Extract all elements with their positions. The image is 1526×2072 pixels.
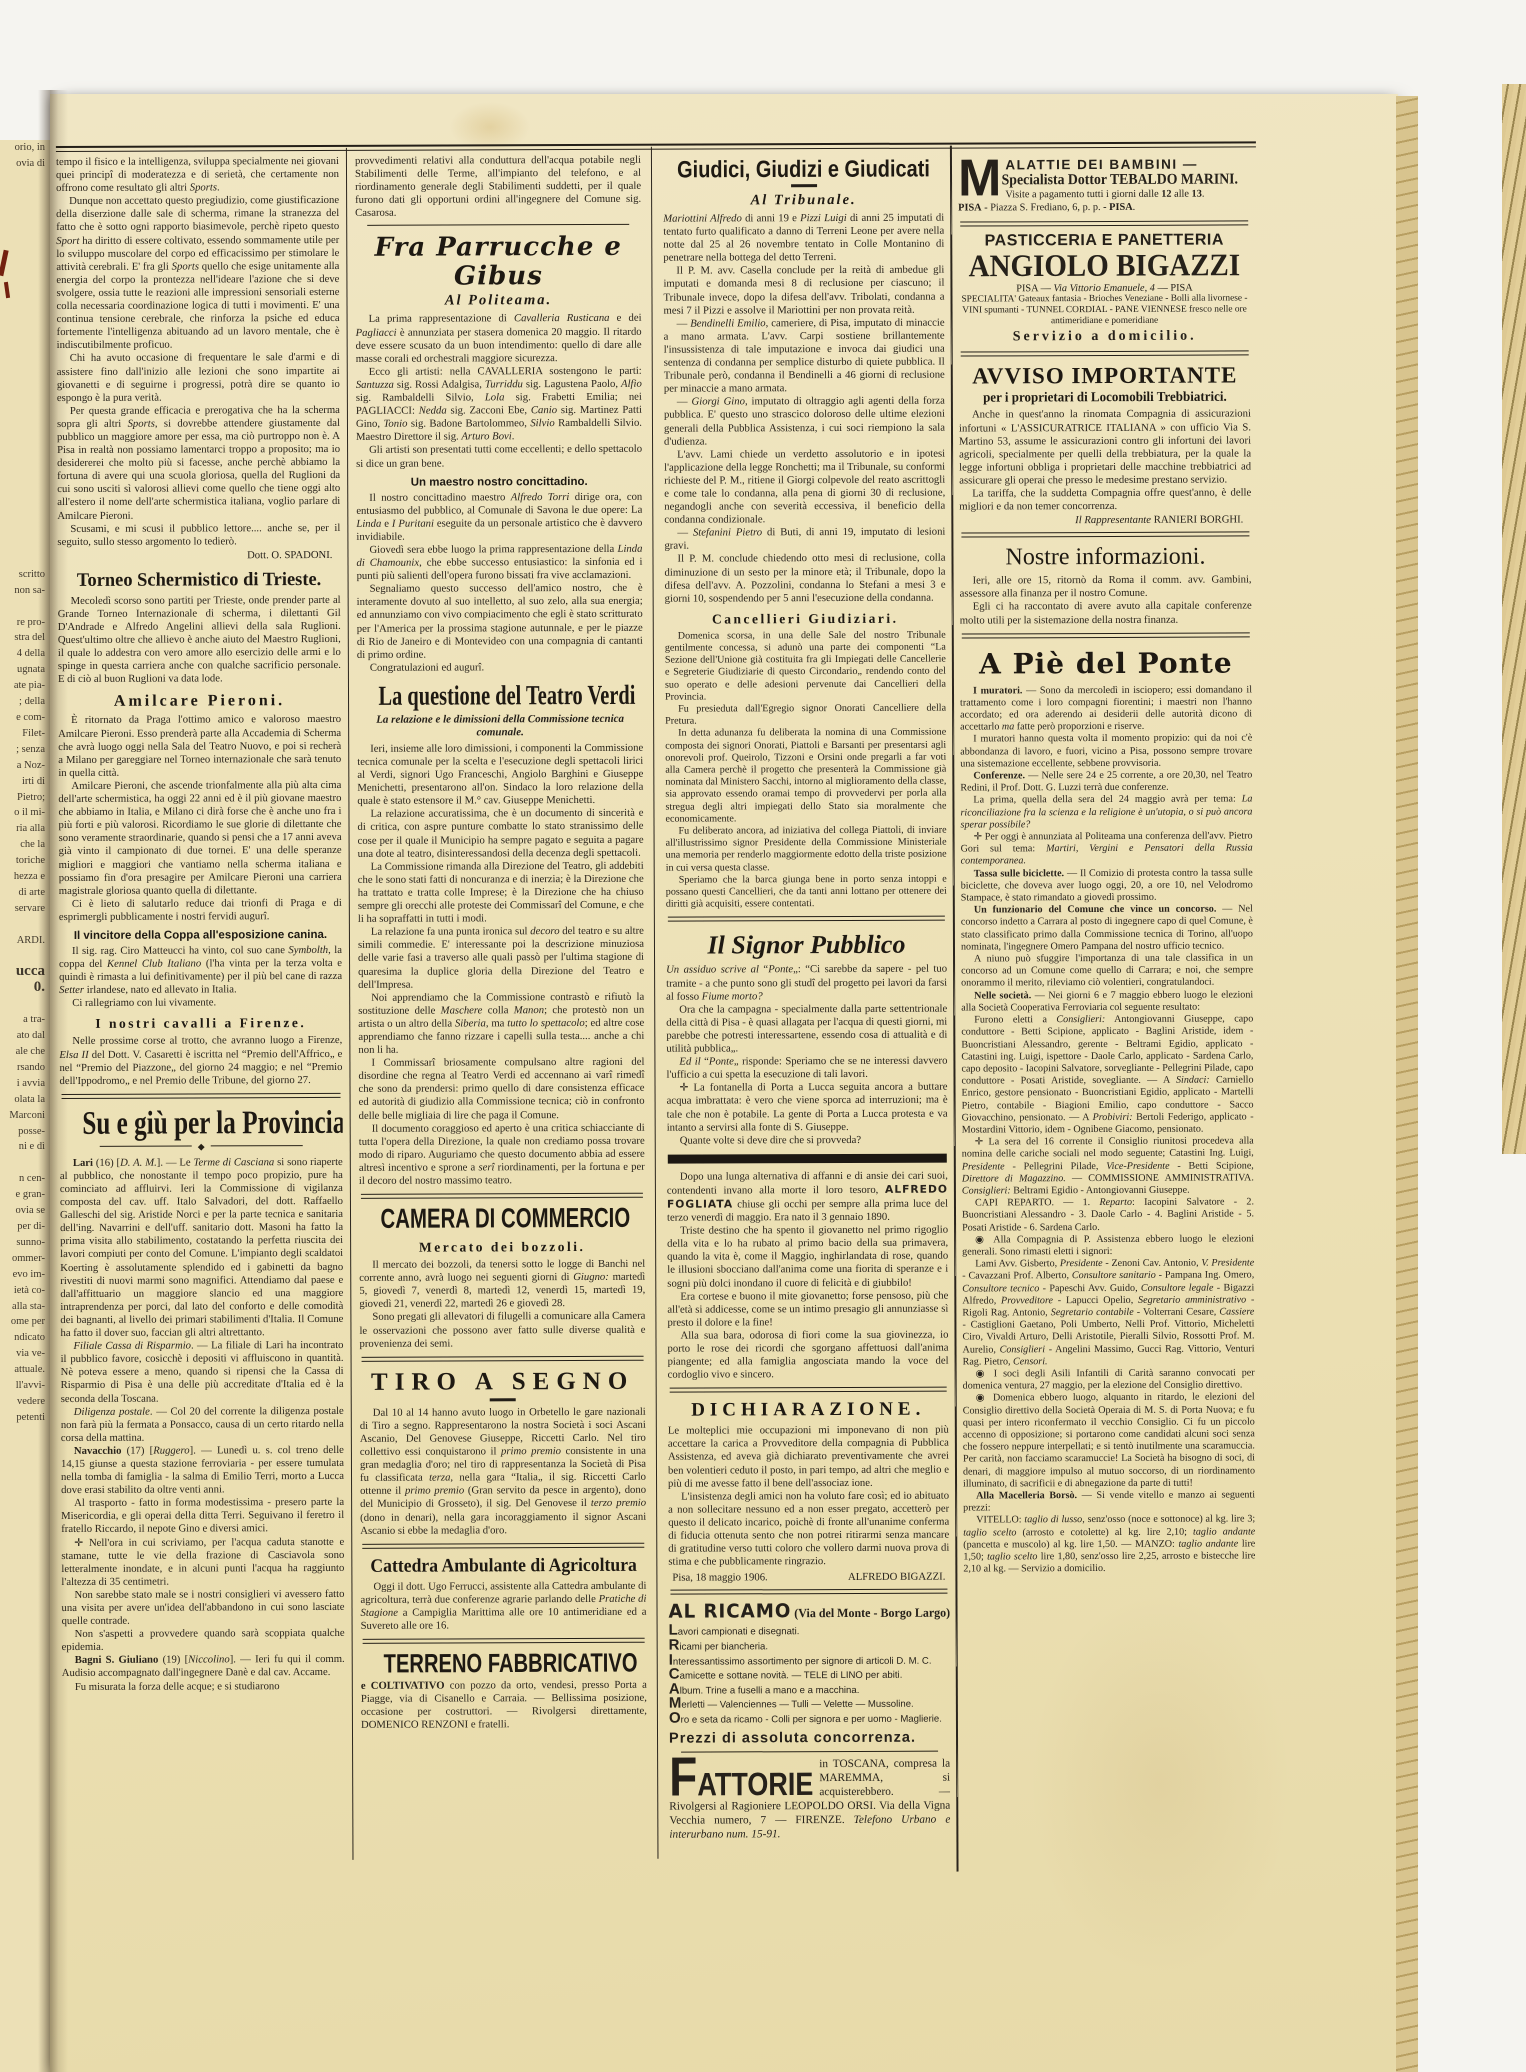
- paragraph: Il P. M. avv. Casella conclude per la re…: [663, 264, 944, 317]
- paragraph: Gli artisti son presentati tutti come ec…: [356, 443, 642, 470]
- ad-fattorie: FATTORIEin TOSCANA, compresa la MAREMMA,…: [669, 1757, 950, 1842]
- paragraph: Ieri, alle ore 15, ritornò da Roma il co…: [960, 574, 1252, 601]
- headline: AVVISO IMPORTANTE: [959, 363, 1251, 390]
- paragraph: Filiale Cassa di Risparmio. — La filiale…: [60, 1339, 343, 1406]
- rule: [681, 1751, 938, 1753]
- headline: Su e giù per la Provincia: [82, 1104, 320, 1142]
- mourning-bar: [668, 1153, 947, 1163]
- paragraph: Le molteplici mie occupazioni mi imponev…: [668, 1424, 949, 1491]
- paragraph: La prima rappresentazione di Cavalleria …: [356, 312, 642, 365]
- column-rule: [950, 146, 959, 1872]
- adjacent-pages-edge: [1502, 84, 1526, 1154]
- paragraph: — Stefanini Pietro di Buti, di anni 19, …: [664, 526, 945, 553]
- headline: CAMERA DI COMMERCIO: [380, 1203, 623, 1236]
- paragraph: Furono eletti a Consiglieri: Antongiovan…: [961, 1014, 1253, 1137]
- paragraph: ◉ I soci degli Asili Infantili di Carità…: [963, 1367, 1255, 1393]
- paragraph: Era cortese e buono il mite giovanetto; …: [667, 1289, 948, 1329]
- page-content: tempo il fisico e la intelligenza, svilu…: [43, 89, 1399, 2072]
- paragraph: Sono pregati gli allevatori di filugelli…: [359, 1310, 645, 1350]
- paragraph: ◉ Alla Compagnia di P. Assistenza ebbero…: [962, 1233, 1254, 1259]
- ad-line: Interessantissimo assortimento per signo…: [669, 1653, 950, 1669]
- paragraph: Egli ci ha raccontato di avere avuto all…: [960, 600, 1252, 627]
- paragraph: Il nostro concittadino maestro Alfredo T…: [356, 490, 642, 543]
- paragraph: e COLTIVATIVO con pozzo da orto, vendesi…: [361, 1679, 647, 1732]
- paragraph: I Commissarî briosamente compulsano altr…: [358, 1056, 644, 1123]
- paragraph: tempo il fisico e la intelligenza, svilu…: [56, 155, 339, 195]
- paragraph: A niuno può sfuggire l'importanza di una…: [961, 953, 1253, 991]
- paragraph: Giovedì sera ebbe luogo la prima rappres…: [356, 543, 642, 583]
- paragraph: Un assiduo scrive al “Ponte„: “Ci sarebb…: [666, 963, 947, 1003]
- signature: Il Rappresentante RANIERI BORGHI.: [959, 514, 1251, 527]
- headline: A Piè del Ponte: [960, 646, 1252, 680]
- ad-line: PASTICCERIA E PANETTERIA: [958, 231, 1250, 250]
- paragraph: Bagni S. Giuliano (19) [Niccolino]. — Ie…: [62, 1653, 345, 1680]
- headline: Amilcare Pieroni.: [58, 692, 341, 711]
- ad-pasticceria-bigazzi: PASTICCERIA E PANETTERIAANGIOLO BIGAZZIP…: [958, 231, 1250, 346]
- headline: Il vincitore della Coppa all'esposizione…: [59, 929, 342, 942]
- paragraph: È ritornato da Praga l'ottimo amico e va…: [58, 713, 341, 780]
- paragraph: Mecoledì scorso sono partiti per Trieste…: [58, 594, 341, 687]
- paragraph: Nelle società. — Nei giorni 6 e 7 maggio…: [961, 989, 1253, 1015]
- paragraph: Oggi il dott. Ugo Ferrucci, assistente a…: [360, 1579, 646, 1632]
- paragraph: Triste destino che ha spento il giovanet…: [667, 1224, 948, 1291]
- paragraph: Conferenze. — Nelle sere 24 e 25 corrent…: [960, 769, 1252, 795]
- paragraph: ✛ La sera del 16 corrente il Consiglio r…: [962, 1136, 1254, 1198]
- column-rule: [651, 147, 659, 1859]
- paragraph: Lami Avv. Gisberto, Presidente - Zenoni …: [962, 1258, 1254, 1369]
- paragraph: Fu presieduta dall'Egregio signor Onorat…: [665, 703, 946, 728]
- scanned-newspaper-screenshot: { "edge": { "top_fragments": ["orio, in"…: [0, 0, 1526, 2072]
- paragraph: Al trasporto - fatto in forma modestissi…: [61, 1496, 344, 1536]
- ad-line: PISA - Piazza S. Frediano, 6, p. p. - PI…: [958, 201, 1250, 215]
- paragraph: Domenica scorsa, in una delle Sale del n…: [665, 629, 946, 703]
- paragraph: ✛ Per oggi è annunziata al Politeama una…: [961, 830, 1253, 868]
- headline: Un maestro nostro concittadino.: [356, 475, 642, 488]
- headline: Cancellieri Giudiziari.: [665, 610, 946, 627]
- double-rule: [362, 1542, 644, 1548]
- ad-line: ANGIOLO BIGAZZI: [958, 248, 1250, 285]
- headline: per i proprietari di Locomobili Trebbiat…: [959, 389, 1251, 407]
- double-rule: [361, 1193, 643, 1199]
- paragraph: Dal 10 al 14 hanno avuto luogo in Orbete…: [360, 1406, 647, 1538]
- paragraph: Segnaliamo questo successo dell'amico no…: [357, 582, 643, 662]
- headline: Mercato dei bozzoli.: [359, 1239, 645, 1256]
- ad-word: FATTORIE: [669, 1761, 813, 1801]
- double-rule: [960, 220, 1248, 226]
- paragraph: Fu misurata la forza delle acque; e si s…: [62, 1679, 345, 1693]
- page-curl-edge: [1396, 96, 1418, 2072]
- paragraph: Tassa sulle biciclette. — Il Comizio di …: [961, 867, 1253, 905]
- paragraph: Lari (16) [D. A. M.]. — Le Terme di Casc…: [60, 1156, 344, 1340]
- paragraph: ✛ Nell'ora in cui scriviamo, per l'acqua…: [61, 1535, 344, 1588]
- paragraph: Alla Macelleria Borsò. — Si vende vitell…: [963, 1489, 1255, 1515]
- paragraph: Diligenza postale. — Col 20 del corrente…: [61, 1405, 344, 1445]
- headline: Al Tribunale.: [663, 192, 944, 210]
- paragraph: Speriamo che la barca giunga bene in por…: [666, 873, 947, 911]
- paragraph: ◉ Domenica ebbero luogo, alquanto in rit…: [963, 1392, 1255, 1491]
- paragraph: Ed il “Ponte„ risponde: Speriamo che se …: [666, 1055, 947, 1082]
- column-2: provvedimenti relativi alla conduttura d…: [355, 154, 648, 1867]
- double-rule: [363, 1638, 645, 1644]
- column-rule: [346, 148, 354, 1860]
- ad-line: Specialista Dottor TEBALDO MARINI.: [958, 172, 1227, 190]
- headline: Giudici, Giudizi e Giudicati: [670, 156, 937, 184]
- ad-line: Album. Trine a fuselli a mano e a macchi…: [669, 1682, 950, 1698]
- double-rule: [670, 1589, 947, 1595]
- paragraph: Dunque non accettato questo pregiudizio,…: [56, 194, 340, 352]
- headline: Torneo Schermistico di Trieste.: [62, 568, 337, 592]
- newspaper-page: tempo il fisico e la intelligenza, svilu…: [50, 94, 1398, 2072]
- ad-line: Lavori campionati e disegnati.: [669, 1624, 950, 1640]
- paragraph: Chi ha avuto occasione di frequentare le…: [57, 351, 340, 404]
- top-double-rule: [56, 141, 1256, 152]
- double-rule: [670, 1387, 947, 1393]
- paragraph: Mariottini Alfredo di anni 19 e Pizzi Lu…: [663, 212, 944, 265]
- double-rule: [961, 351, 1249, 357]
- paragraph: ✛ La fontanella di Porta a Lucca seguita…: [667, 1081, 948, 1134]
- paragraph: provvedimenti relativi alla conduttura d…: [355, 154, 641, 221]
- double-rule: [962, 632, 1250, 638]
- paragraph: Noi apprendiamo che la Commissione contr…: [358, 990, 644, 1057]
- ad-line: Servizio a domicilio.: [959, 329, 1251, 346]
- paragraph: Un funzionario del Comune che vince un c…: [961, 904, 1253, 954]
- paragraph: I muratori. — Sono da mercoledì in iscio…: [960, 684, 1252, 734]
- ad-line: Ricami per biancheria.: [669, 1639, 950, 1655]
- ad-line: Prezzi di assoluta concorrenza.: [669, 1730, 950, 1747]
- paragraph: Il documento coraggioso ed aperto è una …: [359, 1121, 645, 1188]
- headline: Il Signor Pubblico: [666, 930, 947, 961]
- short-dash: [791, 184, 817, 187]
- ad-line: SPECIALITA' Gateaux fantasia - Brioches …: [958, 293, 1250, 328]
- short-dash: [490, 1398, 516, 1401]
- signature-row: Pisa, 18 maggio 1906.ALFREDO BIGAZZI.: [668, 1571, 949, 1584]
- ad-line: Oro e seta da ricamo - Colli per signora…: [669, 1711, 950, 1727]
- paragraph: Scusami, e mi scusi il pubblico lettore.…: [57, 522, 340, 549]
- paragraph: Nelle prossime corse al trotto, che avra…: [59, 1034, 342, 1087]
- headline: Nostre informazioni.: [959, 544, 1251, 572]
- ad-line: AL RICAMO (Via del Monte - Borgo Largo): [668, 1600, 938, 1623]
- paragraph: L'avv. Lami chiede un verdetto assolutor…: [664, 447, 945, 527]
- ad-line: Camicette e sottane novità. — TELE di LI…: [669, 1668, 950, 1684]
- paragraph: VITELLO: taglio di lusso, senz'osso (noc…: [963, 1514, 1255, 1576]
- paragraph: — Giorgi Gino, imputato di oltraggio agl…: [664, 395, 945, 448]
- column-4: MALATTIE DEI BAMBINI —Specialista Dottor…: [958, 151, 1257, 1910]
- ad-ricamo: AL RICAMO (Via del Monte - Borgo Largo)L…: [668, 1600, 950, 1747]
- paragraph: La tariffa, che la suddetta Compagnia of…: [959, 486, 1251, 513]
- signature: Dott. O. SPADONI.: [57, 549, 340, 562]
- ad-malattie-bambini: MALATTIE DEI BAMBINI —Specialista Dottor…: [958, 153, 1250, 215]
- headline: TERRENO FABBRICATIVO: [384, 1649, 624, 1681]
- double-rule: [668, 916, 945, 922]
- paragraph: Ci rallegriamo con lui vivamente.: [59, 996, 342, 1010]
- paragraph: Il sig. rag. Ciro Matteucci ha vinto, co…: [59, 944, 342, 997]
- column-1: tempo il fisico e la intelligenza, svilu…: [56, 155, 346, 1866]
- paragraph: I muratori hanno questa volta il momento…: [960, 733, 1252, 771]
- headline: I nostri cavalli a Firenze.: [59, 1015, 342, 1032]
- ad-line: ALATTIE DEI BAMBINI —: [958, 153, 1250, 172]
- paragraph: Alla sua bara, odorosa di fiori come la …: [667, 1329, 948, 1382]
- paragraph: L'insistenza degli amici non ha voluto f…: [668, 1489, 949, 1569]
- paragraph: Navacchio (17) [Ruggero]. — Lunedì u. s.…: [61, 1444, 344, 1497]
- paragraph: Non s'aspetti a provvedere quando sarà s…: [62, 1627, 345, 1654]
- paragraph: Quante volte si deve dire che si provved…: [667, 1133, 948, 1147]
- ad-line: Visite a pagamento tutti i giorni dalle …: [958, 188, 1250, 202]
- paragraph: CAPI REPARTO. — 1. Reparto: Iacopini Sal…: [962, 1197, 1254, 1235]
- paragraph: La relazione accuratissima, che è un doc…: [357, 807, 643, 860]
- paragraph: Ora che la campagna - specialmente dalla…: [666, 1002, 947, 1055]
- paragraph: Ecco gli artisti: nella CAVALLERIA soste…: [356, 365, 642, 445]
- paragraph: — Bendinelli Emilio, cameriere, di Pisa,…: [664, 316, 945, 396]
- double-rule: [362, 1356, 644, 1362]
- headline: Fra Parrucche e Gibus: [355, 233, 641, 292]
- paragraph: Dopo una lunga alternativa di affanni e …: [667, 1169, 948, 1224]
- paragraph: La relazione fa una punta ironica sul de…: [358, 925, 644, 992]
- paragraph: In detta adunanza fu deliberata la nomin…: [665, 727, 946, 826]
- double-rule: [62, 1093, 341, 1099]
- headline: La questione del Teatro Verdi: [378, 680, 621, 713]
- headline: DICHIARAZIONE.: [668, 1399, 949, 1422]
- headline: Cattedra Ambulante di Agricoltura: [370, 1554, 636, 1577]
- paragraph: Il P. M. conclude chiedendo otto mesi di…: [664, 552, 945, 605]
- paragraph: La Commissione rimanda alla Direzione de…: [358, 860, 644, 927]
- double-rule: [961, 532, 1249, 538]
- paragraph: Fu deliberato ancora, ad iniziativa del …: [666, 825, 947, 875]
- ad-line: Merletti — Valenciennes — Tulli — Velett…: [669, 1697, 950, 1713]
- paragraph: Per questa grande efficacia e prerogativ…: [57, 404, 340, 523]
- paragraph: Anche in quest'anno la rinomata Compagni…: [959, 408, 1251, 488]
- rule: [367, 224, 629, 226]
- paragraph: La prima, quella della sera del 24 maggi…: [960, 794, 1252, 832]
- paragraph: Ci è lieto di salutarlo reduce dai trion…: [59, 897, 342, 924]
- paragraph: Non sarebbe stato male se i nostri consi…: [61, 1588, 344, 1628]
- paragraph: Ieri, insieme alle loro dimissioni, i co…: [357, 742, 643, 809]
- headline: TIRO A SEGNO: [360, 1368, 646, 1397]
- paragraph: Amilcare Pieroni, che ascende trionfalme…: [58, 779, 341, 898]
- paragraph: Congratulazioni ed augurî.: [357, 661, 643, 675]
- subheadline: La relazione e le dimissioni della Commi…: [363, 713, 637, 740]
- book-gutter-shadow: [38, 90, 68, 2072]
- headline: Al Politeama.: [355, 292, 641, 310]
- column-3: Giudici, Giudizi e GiudicatiAl Tribunale…: [663, 153, 951, 1906]
- paragraph: Il mercato dei bozzoli, da tenersi sotto…: [359, 1258, 645, 1311]
